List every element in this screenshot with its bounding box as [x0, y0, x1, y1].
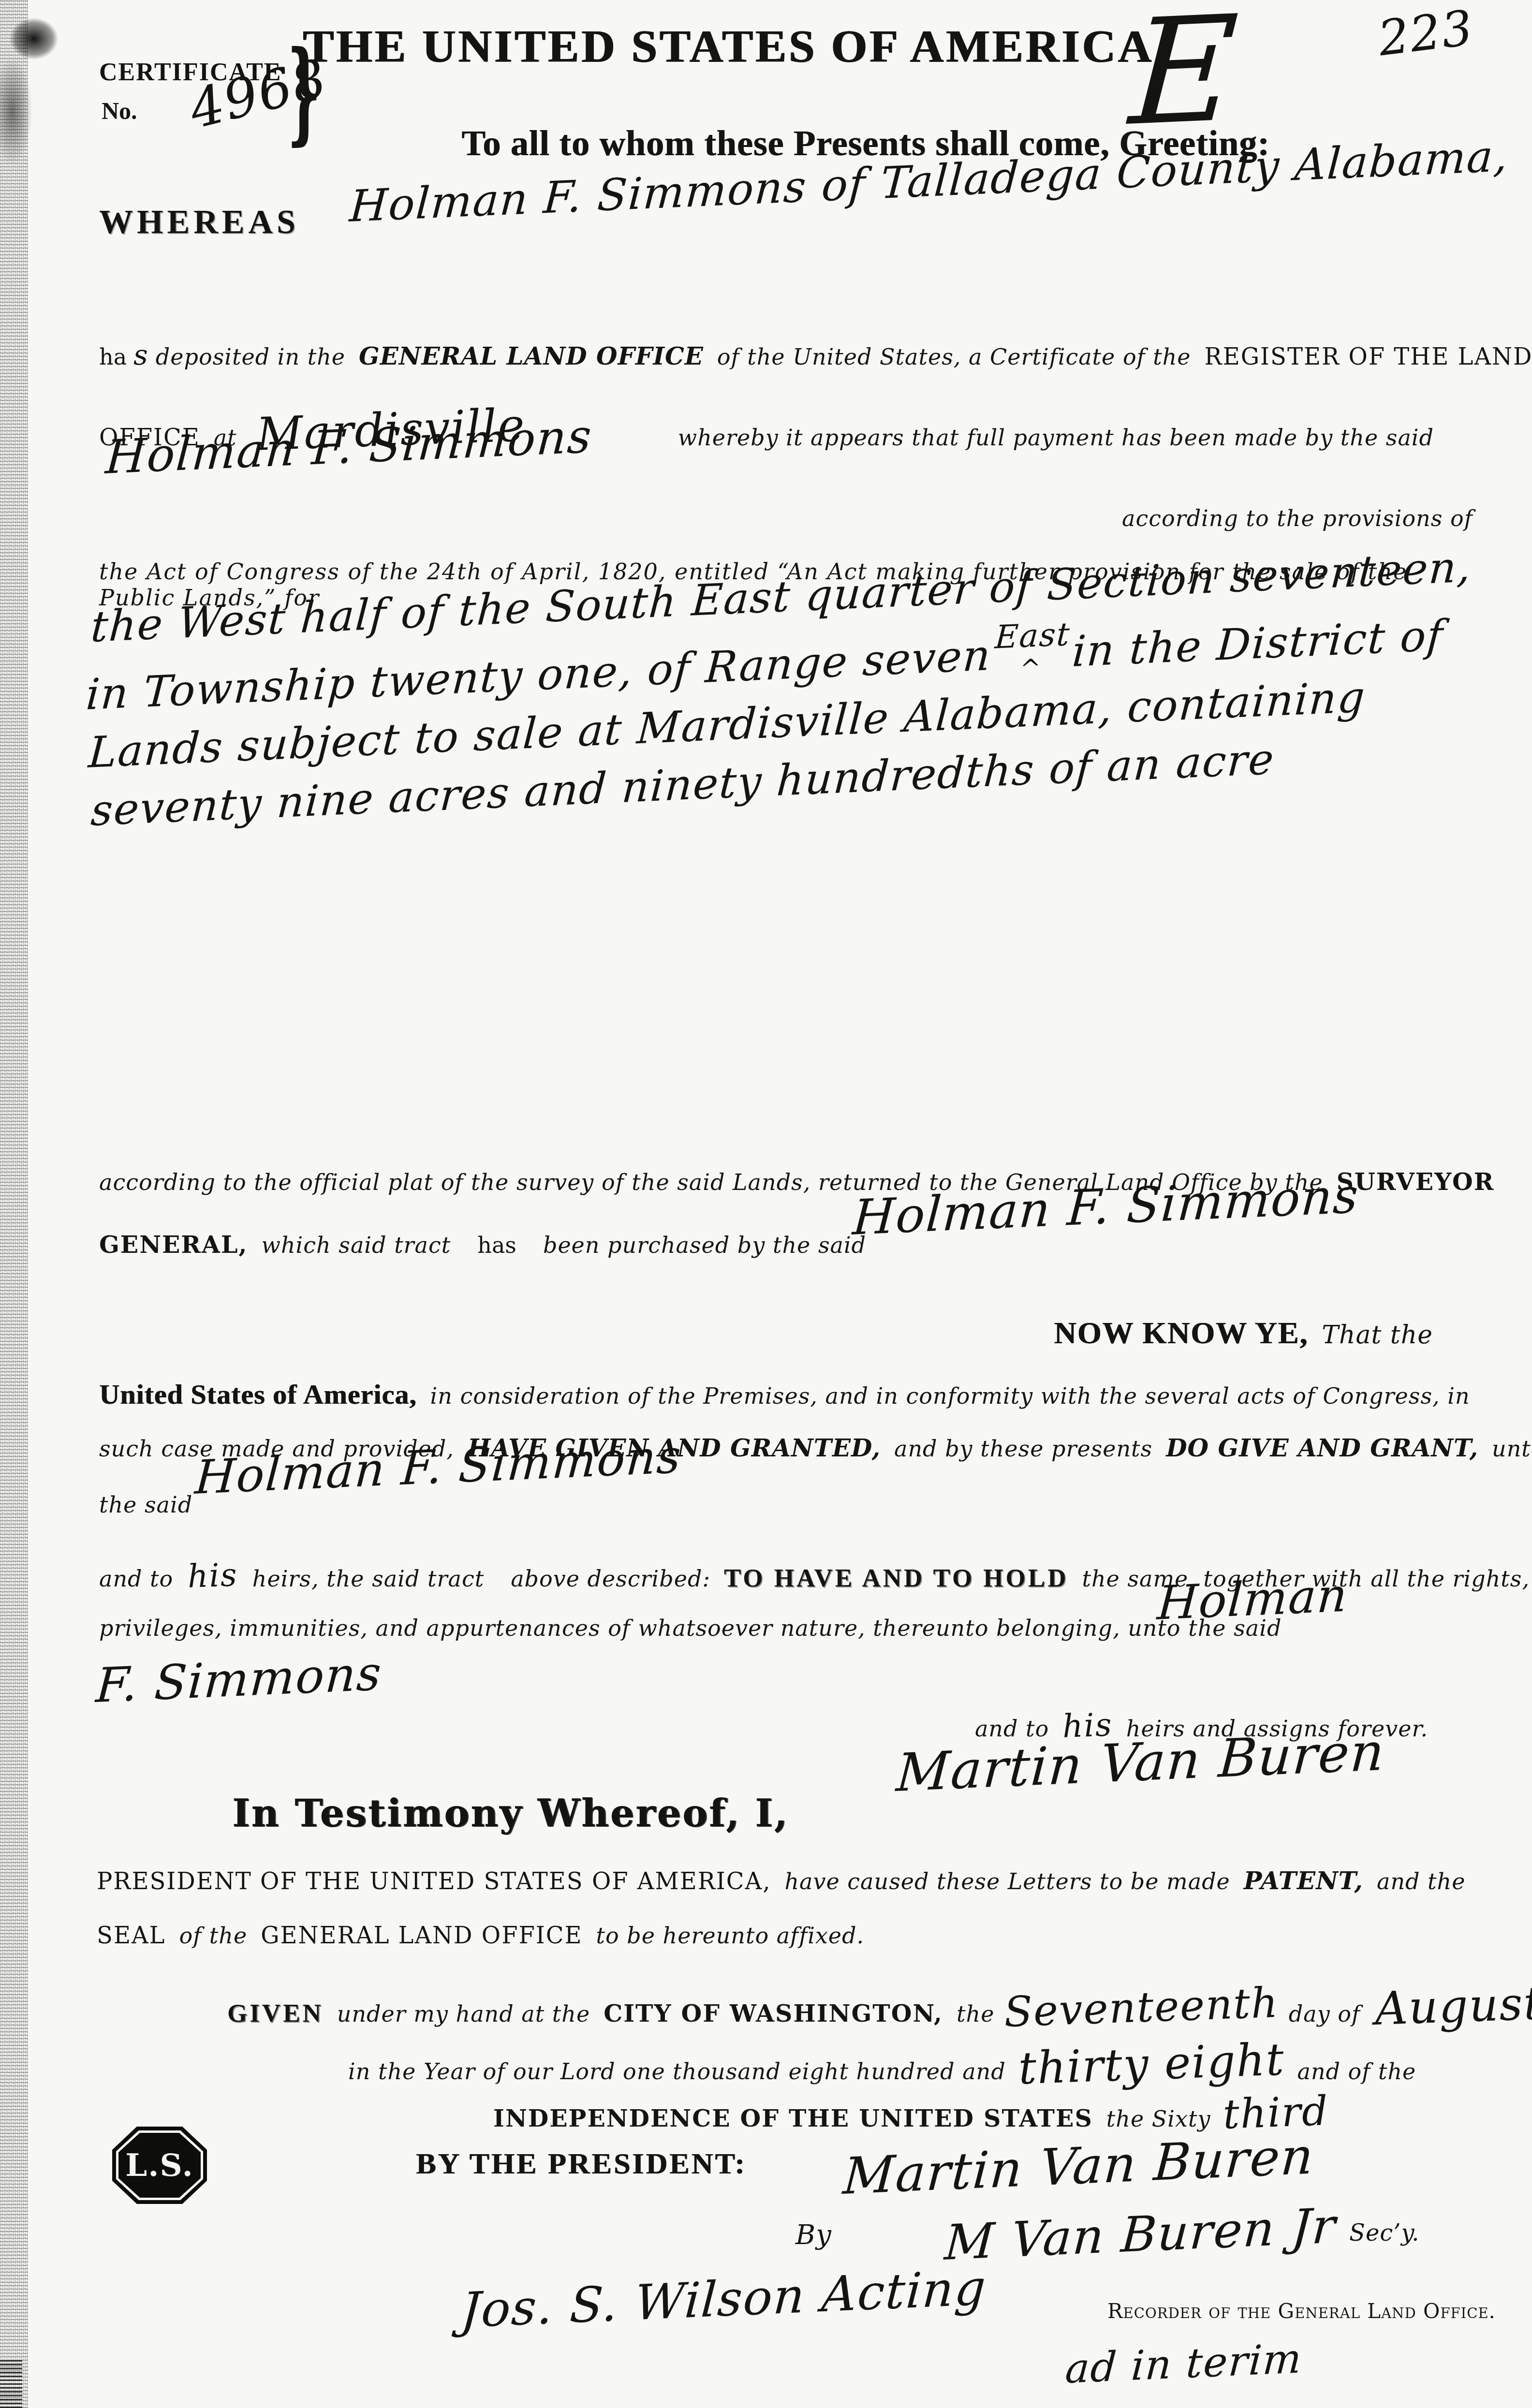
- handwritten-month: August: [1374, 1977, 1532, 2036]
- handwritten-holman: Holman: [1156, 1568, 1350, 1630]
- text-do-give: DO GIVE AND GRANT,: [1166, 1434, 1478, 1462]
- text-patent: PATENT,: [1244, 1866, 1363, 1895]
- text-the: the: [957, 2001, 994, 2027]
- deposit-line-1: ha s deposited in the GENERAL LAND OFFIC…: [99, 338, 1532, 371]
- text-general-land-office: GENERAL LAND OFFICE: [359, 342, 704, 370]
- inserted-word-stack: East ^: [992, 646, 1069, 678]
- handwritten-his-1: his: [187, 1556, 238, 1595]
- whereas-label: WHEREAS: [99, 203, 299, 242]
- scan-edge-mark: [0, 2360, 22, 2408]
- text-and-the: and the: [1377, 1868, 1465, 1894]
- text-to-have-and-to-hold: TO HAVE AND TO HOLD: [724, 1564, 1069, 1593]
- grant-line-1: United States of America, in considerati…: [99, 1378, 1470, 1410]
- text-united-states: United States of America,: [99, 1378, 416, 1410]
- text-the-said: the said: [99, 1492, 192, 1518]
- year-line: in the Year of our Lord one thousand eig…: [348, 2038, 1416, 2090]
- text-now-know-ye: NOW KNOW YE,: [1054, 1315, 1308, 1351]
- land-description-line-2b: in the District of: [1071, 610, 1445, 676]
- text-the-sixty: the Sixty: [1106, 2106, 1211, 2132]
- certificate-no-label: No.: [102, 97, 137, 125]
- secretary-signature-handwritten: M Van Buren Jr: [943, 2197, 1338, 2271]
- president-signature-handwritten-2: Martin Van Buren: [841, 2126, 1316, 2206]
- text-heirs: heirs, the said tract: [252, 1566, 484, 1592]
- document-title: THE UNITED STATES OF AMERICA.: [290, 19, 1180, 73]
- text-general: GENERAL,: [99, 1231, 248, 1259]
- text-consideration: in consideration of the Premises, and in…: [430, 1383, 1470, 1409]
- insert-caret: ^: [1019, 663, 1042, 675]
- in-testimony-heading: In Testimony Whereof, I,: [232, 1791, 789, 1835]
- recorder-signature-handwritten: Jos. S. Wilson Acting: [459, 2259, 988, 2339]
- text-described: above described:: [511, 1566, 710, 1592]
- series-letter-flourish: E: [1127, 0, 1242, 143]
- text-provisions: according to the provisions of: [1122, 505, 1473, 531]
- land-patent-document: THE UNITED STATES OF AMERICA. E 223 CERT…: [0, 0, 1532, 2408]
- text-independence: INDEPENDENCE OF THE UNITED STATES: [493, 2104, 1093, 2132]
- text-and-of-the: and of the: [1297, 2058, 1416, 2085]
- now-know-ye-line: NOW KNOW YE, That the: [1054, 1315, 1433, 1351]
- text-glo-caps: GENERAL LAND OFFICE: [261, 1922, 582, 1949]
- handwritten-s: s: [133, 338, 149, 371]
- handwritten-day: Seventeenth: [1003, 1979, 1280, 2037]
- ad-interim-handwritten: ad in terim: [1064, 2335, 1304, 2393]
- text-has: has: [477, 1232, 516, 1258]
- text-payment: whereby it appears that full payment has…: [678, 425, 1434, 451]
- given-line: GIVEN under my hand at the CITY OF WASHI…: [227, 1980, 1532, 2033]
- president-signature-handwritten-1: Martin Van Buren: [895, 1721, 1387, 1804]
- text-given: GIVEN: [227, 1999, 324, 2028]
- handwritten-f-simmons: F. Simmons: [94, 1646, 383, 1714]
- secy-label: Sec’y.: [1349, 2219, 1419, 2246]
- habendum-line-2: privileges, immunities, and appurtenance…: [99, 1615, 1282, 1641]
- scan-edge-noise: [0, 0, 28, 2408]
- text-seal-caps: SEAL: [97, 1922, 165, 1949]
- text-deposited: deposited in the: [156, 344, 345, 370]
- text-under: under my hand at the: [337, 2001, 590, 2027]
- text-that-the: That the: [1322, 1321, 1433, 1350]
- text-unto: unto: [1492, 1436, 1532, 1462]
- text-year-line: in the Year of our Lord one thousand eig…: [348, 2058, 1006, 2085]
- ls-seal: L.S.: [112, 2127, 207, 2204]
- ls-seal-text: L.S.: [112, 2127, 207, 2204]
- survey-line-2: GENERAL, which said tract has been purch…: [99, 1231, 866, 1259]
- scan-corner-blot: [0, 0, 82, 208]
- text-tract: which said tract: [262, 1232, 451, 1258]
- text-register: REGISTER OF THE LAND: [1205, 343, 1532, 370]
- inserted-word-east: East: [994, 625, 1071, 647]
- text-of-united-states: of the United States, a Certificate of t…: [717, 344, 1191, 370]
- text-and-to: and to: [99, 1566, 173, 1592]
- recorder-label: Recorder of the General Land Office.: [1107, 2299, 1496, 2323]
- text-affixed: to be hereunto affixed.: [596, 1923, 864, 1949]
- text-letters: have caused these Letters to be made: [784, 1868, 1230, 1894]
- text-purchased: been purchased by the said: [543, 1232, 866, 1258]
- text-presents: and by these presents: [894, 1436, 1152, 1462]
- page-number: 223: [1375, 0, 1477, 67]
- text-ha: ha: [99, 344, 127, 370]
- seal-line: SEAL of the GENERAL LAND OFFICE to be he…: [97, 1922, 864, 1949]
- text-day-of: day of: [1289, 2001, 1360, 2027]
- text-president-caps: PRESIDENT OF THE UNITED STATES OF AMERIC…: [97, 1868, 771, 1895]
- independence-line: INDEPENDENCE OF THE UNITED STATES the Si…: [493, 2089, 1329, 2136]
- by-label: By: [795, 2219, 832, 2251]
- text-of-the: of the: [179, 1923, 247, 1949]
- handwritten-year: thirty eight: [1017, 2033, 1285, 2094]
- text-city-of-washington: CITY OF WASHINGTON,: [604, 1999, 943, 2027]
- president-line: PRESIDENT OF THE UNITED STATES OF AMERIC…: [97, 1866, 1465, 1895]
- by-the-president-label: BY THE PRESIDENT:: [416, 2147, 747, 2181]
